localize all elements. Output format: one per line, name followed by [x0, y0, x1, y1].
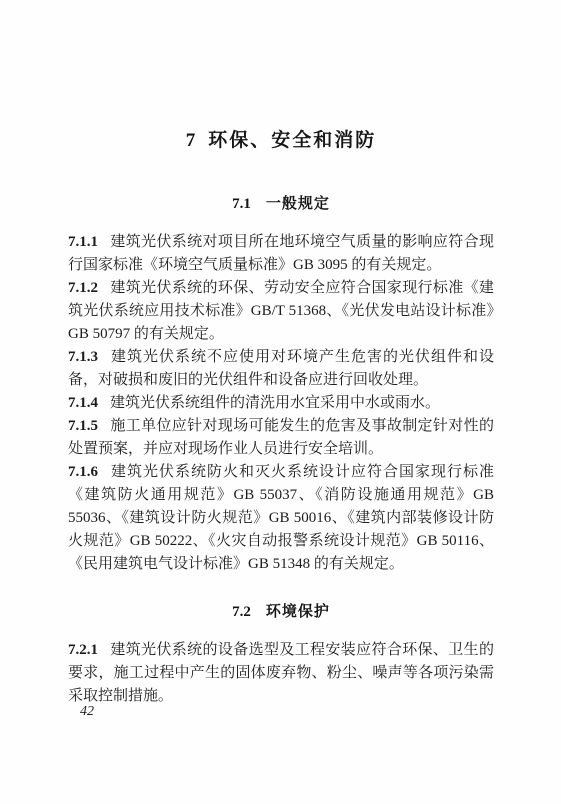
document-page: 7环保、安全和消防 7.1一般规定 7.1.1建筑光伏系统对项目所在地环境空气质… — [0, 0, 561, 804]
clause-7-1-2: 7.1.2建筑光伏系统的环保、劳动安全应符合国家现行标准《建筑光伏系统应用技术标… — [68, 277, 494, 346]
page-content: 7环保、安全和消防 7.1一般规定 7.1.1建筑光伏系统对项目所在地环境空气质… — [68, 0, 494, 708]
clause-7-1-6: 7.1.6建筑光伏系统防火和灭火系统设计应符合国家现行标准《建筑防火通用规范》G… — [68, 461, 494, 576]
section-number: 7.2 — [232, 604, 251, 620]
clause-7-1-4: 7.1.4建筑光伏系统组件的清洗用水宜采用中水或雨水。 — [68, 392, 494, 415]
clause-7-1-1: 7.1.1建筑光伏系统对项目所在地环境空气质量的影响应符合现行国家标准《环境空气… — [68, 231, 494, 277]
chapter-number: 7 — [186, 130, 196, 151]
page-number: 42 — [80, 703, 94, 721]
section-title-text: 环境保护 — [266, 604, 330, 620]
clause-7-1-3: 7.1.3建筑光伏系统不应使用对环境产生危害的光伏组件和设备，对破损和废旧的光伏… — [68, 346, 494, 392]
clause-text: 建筑光伏系统对项目所在地环境空气质量的影响应符合现行国家标准《环境空气质量标准》… — [68, 234, 494, 273]
clause-number: 7.1.4 — [68, 395, 98, 411]
section-heading-7-2: 7.2环境保护 — [68, 601, 494, 624]
section-number: 7.1 — [232, 196, 251, 212]
clause-number: 7.2.1 — [68, 642, 98, 658]
clause-text: 建筑光伏系统不应使用对环境产生危害的光伏组件和设备，对破损和废旧的光伏组件和设备… — [68, 349, 494, 388]
clause-number: 7.1.2 — [68, 280, 98, 296]
chapter-title-text: 环保、安全和消防 — [208, 130, 376, 151]
clause-text: 建筑光伏系统组件的清洗用水宜采用中水或雨水。 — [110, 395, 440, 411]
clause-text: 建筑光伏系统的环保、劳动安全应符合国家现行标准《建筑光伏系统应用技术标准》GB/… — [68, 280, 494, 342]
clause-number: 7.1.3 — [68, 349, 98, 365]
clause-number: 7.1.6 — [68, 464, 98, 480]
section-title-text: 一般规定 — [266, 196, 330, 212]
clause-number: 7.1.5 — [68, 418, 98, 434]
clause-text: 施工单位应针对现场可能发生的危害及事故制定针对性的处置预案，并应对现场作业人员进… — [68, 418, 494, 457]
clause-7-2-1: 7.2.1建筑光伏系统的设备选型及工程安装应符合环保、卫生的要求，施工过程中产生… — [68, 639, 494, 708]
chapter-title: 7环保、安全和消防 — [68, 129, 494, 153]
clause-text: 建筑光伏系统的设备选型及工程安装应符合环保、卫生的要求，施工过程中产生的固体废弃… — [68, 642, 494, 704]
section-heading-7-1: 7.1一般规定 — [68, 193, 494, 216]
clause-text: 建筑光伏系统防火和灭火系统设计应符合国家现行标准《建筑防火通用规范》GB 550… — [68, 464, 494, 572]
clause-number: 7.1.1 — [68, 234, 98, 250]
clause-7-1-5: 7.1.5施工单位应针对现场可能发生的危害及事故制定针对性的处置预案，并应对现场… — [68, 415, 494, 461]
